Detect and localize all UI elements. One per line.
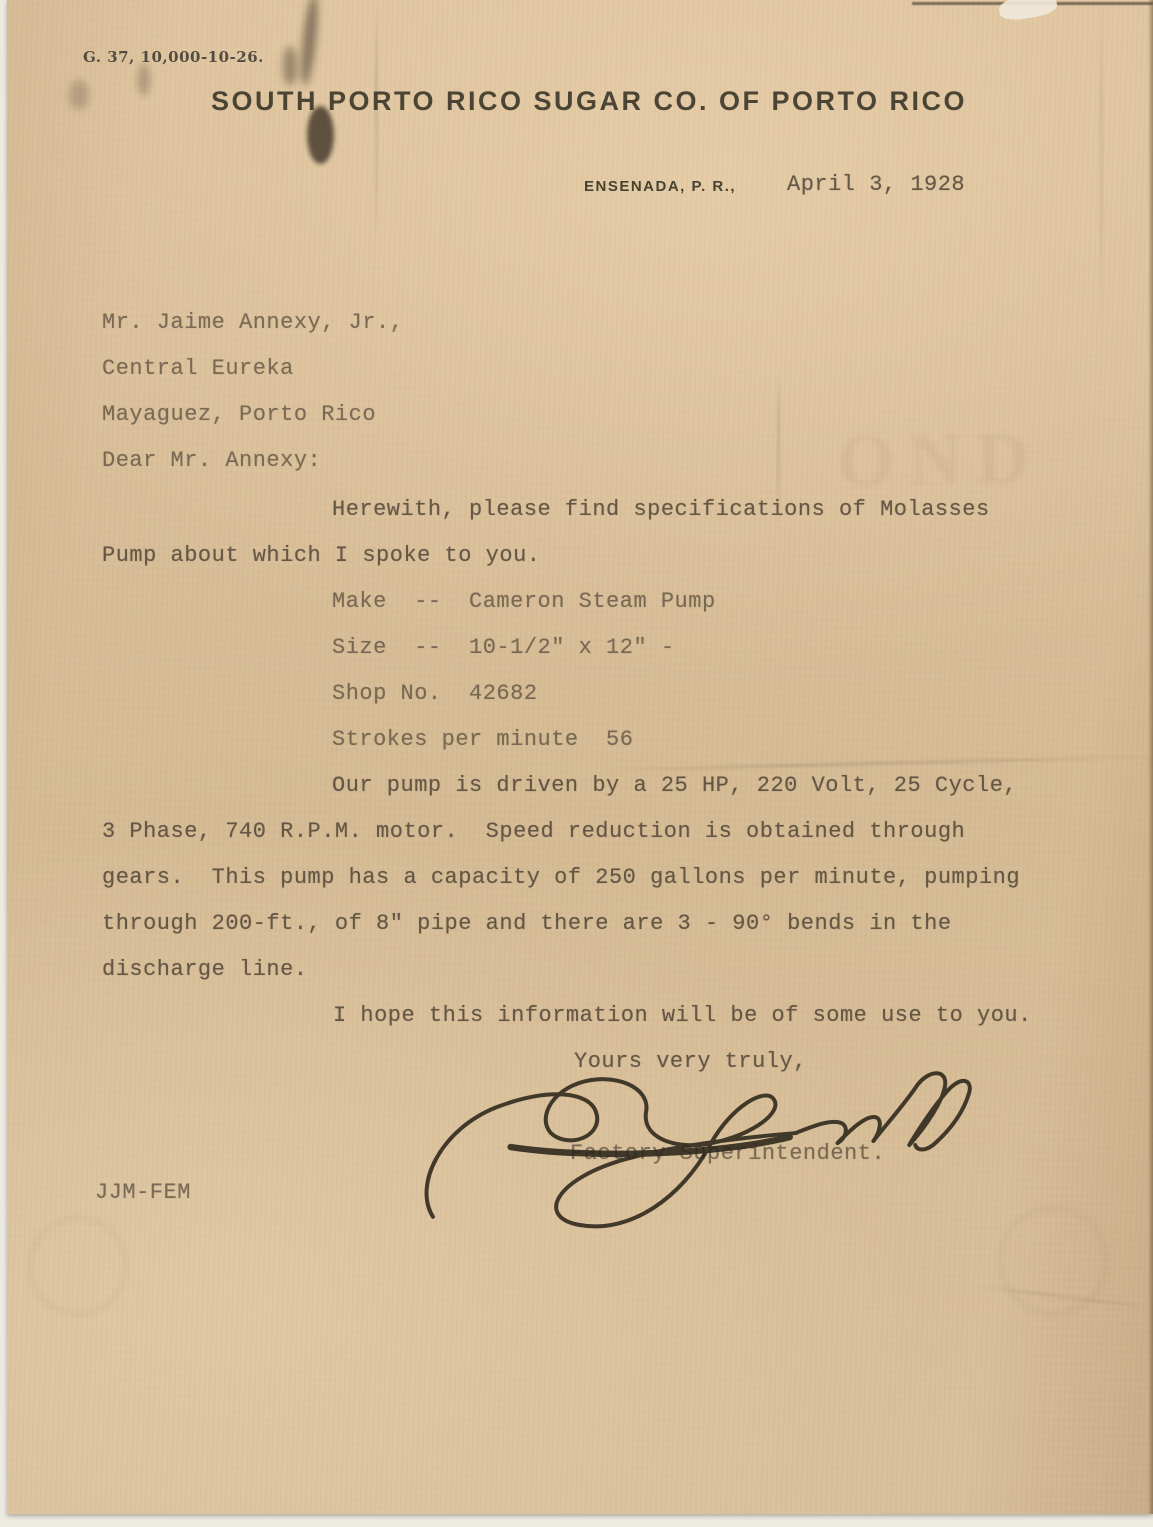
recipient-line: Central Eureka: [102, 356, 294, 381]
typist-initials: JJM-FEM: [95, 1180, 191, 1205]
spec-line-strokes: Strokes per minute 56: [332, 727, 633, 752]
form-number: G. 37, 10,000-10-26.: [83, 48, 264, 66]
spec-line-size: Size -- 10-1/2" x 12" -: [332, 635, 675, 660]
recipient-line: Mayaguez, Porto Rico: [102, 402, 376, 427]
body-line: Pump about which I spoke to you.: [102, 543, 540, 568]
dateline-place: ENSENADA, P. R.,: [584, 178, 736, 195]
watermark-rosette: [27, 1215, 129, 1317]
paper-watermark: OND: [836, 416, 1044, 505]
dateline-date: April 3, 1928: [787, 172, 965, 197]
recipient-line: Mr. Jaime Annexy, Jr.,: [102, 310, 403, 335]
closing-sentence: I hope this information will be of some …: [333, 1003, 1032, 1028]
torn-paper-chip: [998, 0, 1059, 22]
scan-edge-shadow: [1148, 0, 1153, 1514]
signature-autograph: [419, 1066, 977, 1238]
body-line: 3 Phase, 740 R.P.M. motor. Speed reducti…: [102, 819, 965, 844]
body-line: through 200-ft., of 8" pipe and there ar…: [102, 911, 952, 936]
spec-line-shop-no: Shop No. 42682: [332, 681, 538, 706]
ink-smudge: [298, 0, 321, 86]
scanned-letter: OND G. 37, 10,000-10-26. SOUTH PORTO RIC…: [0, 0, 1153, 1527]
company-letterhead: SOUTH PORTO RICO SUGAR CO. OF PORTO RICO: [7, 86, 1153, 117]
salutation: Dear Mr. Annexy:: [102, 448, 321, 473]
body-line: gears. This pump has a capacity of 250 g…: [102, 865, 1020, 890]
ink-smudge: [283, 46, 297, 86]
body-line: discharge line.: [102, 957, 308, 982]
spec-line-make: Make -- Cameron Steam Pump: [332, 589, 716, 614]
fold-crease: [375, 0, 378, 245]
body-line: Herewith, please find specifications of …: [332, 497, 990, 522]
watermark-rosette: [997, 1205, 1109, 1317]
letter-paper: OND G. 37, 10,000-10-26. SOUTH PORTO RIC…: [7, 0, 1153, 1514]
body-line: Our pump is driven by a 25 HP, 220 Volt,…: [332, 773, 1017, 798]
fold-crease: [597, 755, 1153, 772]
fold-crease: [1100, 0, 1103, 330]
